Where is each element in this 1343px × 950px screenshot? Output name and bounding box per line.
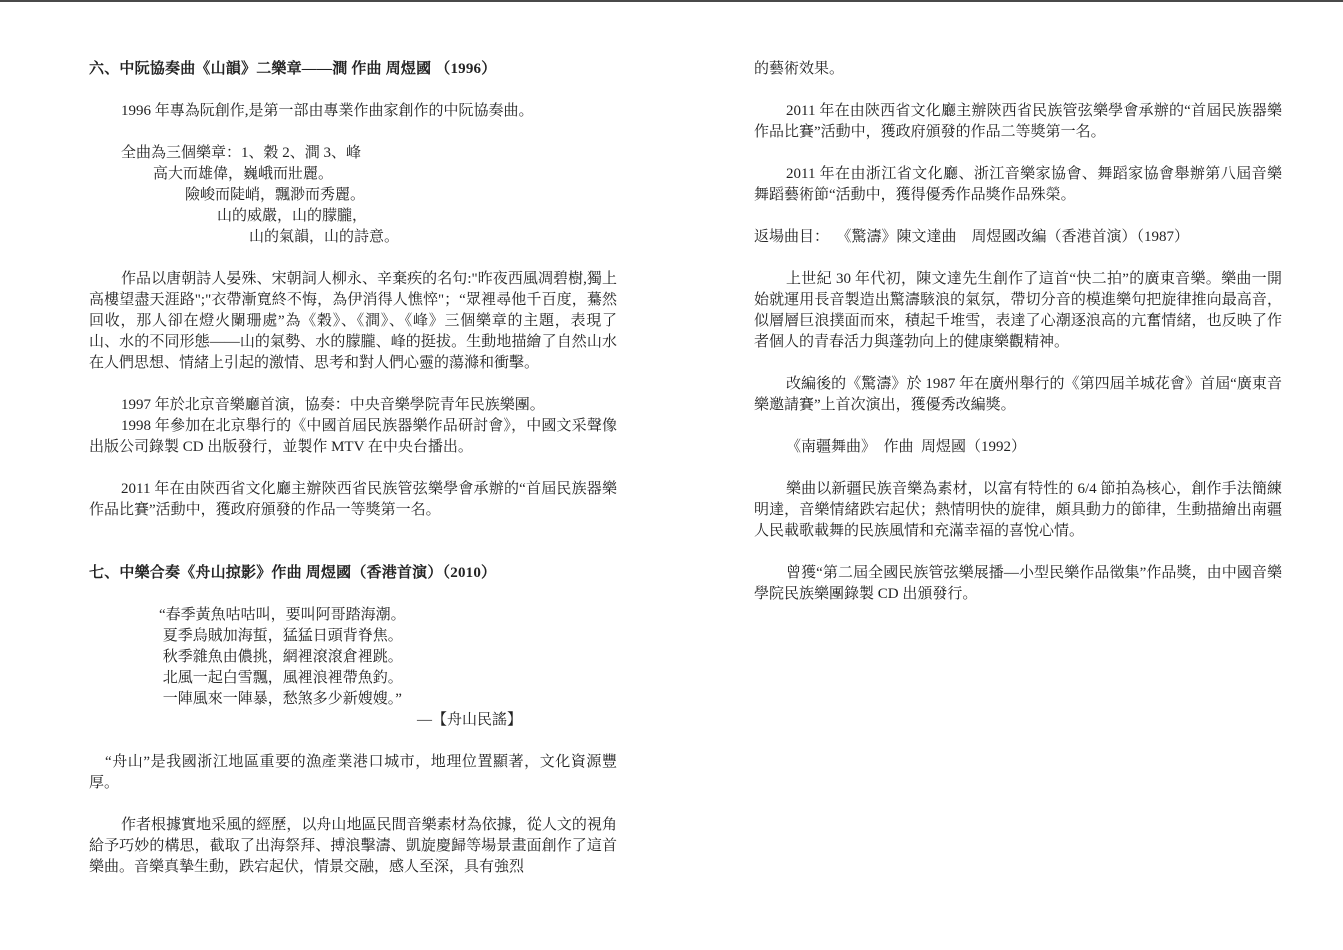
poem-line-3: 秋季雜魚由儂挑，網裡滾滾倉裡跳。 — [159, 647, 617, 668]
dance-title: 《南疆舞曲》 作曲 周煜國（1992） — [754, 437, 1282, 458]
premiere-1997: 1997 年於北京音樂廳首演，協奏：中央音樂學院青年民族樂團。 — [89, 395, 617, 416]
continuation-text: 的藝術效果。 — [754, 59, 1282, 80]
award-2011-first-prize: 2011 年在由陝西省文化廳主辦陝西省民族管弦樂學會承辦的“首屆民族器樂作品比賽… — [89, 479, 617, 521]
poem-source: —【舟山民謠】 — [89, 710, 617, 731]
verse-line-4: 山的氣韻，山的詩意。 — [89, 227, 617, 248]
poem-line-4: 北風一起白雪飄，風裡浪裡帶魚釣。 — [159, 668, 617, 689]
encore-description: 上世紀 30 年代初，陳文達先生創作了這首“快二拍”的廣東音樂。樂曲一開始就運用… — [754, 269, 1282, 353]
zhoushan-intro: “舟山”是我國浙江地區重要的漁產業港口城市，地理位置顯著，文化資源豐厚。 — [89, 752, 617, 794]
verse-line-2: 險峻而陡峭，飄渺而秀麗。 — [89, 185, 617, 206]
zhoushan-folk-poem: “春季黃魚咕咕叫，要叫阿哥踏海潮。 夏季烏賊加海蜇，猛猛日頭背脊焦。 秋季雜魚由… — [89, 605, 617, 710]
event-1998: 1998 年參加在北京舉行的《中國首屆民族器樂作品研討會》，中國文采聲像出版公司… — [89, 416, 617, 458]
section-7-heading: 七、中樂合奏《舟山掠影》作曲 周煜國（香港首演）（2010） — [89, 563, 617, 584]
section-6-heading: 六、中阮協奏曲《山韻》二樂章——澗 作曲 周煜國 （1996） — [89, 59, 617, 80]
right-column: 的藝術效果。 2011 年在由陝西省文化廳主辦陝西省民族管弦樂學會承辦的“首屆民… — [754, 59, 1282, 605]
left-column: 六、中阮協奏曲《山韻》二樂章——澗 作曲 周煜國 （1996） 1996 年專為… — [89, 59, 617, 878]
encore-title: 返場曲目： 《驚濤》陳文達曲 周煜國改編（香港首演）（1987） — [754, 227, 1282, 248]
poem-line-5: 一陣風來一陣暴，愁煞多少新嫂嫂。” — [159, 689, 617, 710]
dance-award: 曾獲“第二屆全國民族管弦樂展播—小型民樂作品徵集”作品獎，由中國音樂學院民族樂團… — [754, 563, 1282, 605]
verse-line-3: 山的威嚴，山的朦朧， — [89, 206, 617, 227]
poem-line-1: “春季黃魚咕咕叫，要叫阿哥踏海潮。 — [159, 605, 617, 626]
composition-description: 作者根據實地采風的經歷，以舟山地區民間音樂素材為依據，從人文的視角給予巧妙的構思… — [89, 815, 617, 878]
poem-line-2: 夏季烏賊加海蜇，猛猛日頭背脊焦。 — [159, 626, 617, 647]
top-border-line — [0, 0, 1343, 2]
section-6-intro: 1996 年專為阮創作,是第一部由專業作曲家創作的中阮協奏曲。 — [89, 101, 617, 122]
encore-award: 改編後的《驚濤》於 1987 年在廣州舉行的《第四屆羊城花會》首屆“廣東音樂邀請… — [754, 374, 1282, 416]
dance-description: 樂曲以新疆民族音樂為素材，以富有特性的 6/4 節拍為核心，創作手法簡練明達，音… — [754, 479, 1282, 542]
verse-line-1: 高大而雄偉，巍峨而壯麗。 — [89, 164, 617, 185]
section-6-description: 作品以唐朝詩人晏殊、宋朝詞人柳永、辛棄疾的名句:"昨夜西風凋碧樹,獨上高樓望盡天… — [89, 269, 617, 374]
award-2011-shaanxi: 2011 年在由陝西省文化廳主辦陝西省民族管弦樂學會承辦的“首屆民族器樂作品比賽… — [754, 101, 1282, 143]
movements-title: 全曲為三個樂章：1、穀 2、澗 3、峰 — [89, 143, 617, 164]
award-2011-zhejiang: 2011 年在由浙江省文化廳、浙江音樂家協會、舞蹈家協會舉辦第八屆音樂舞蹈藝術節… — [754, 164, 1282, 206]
